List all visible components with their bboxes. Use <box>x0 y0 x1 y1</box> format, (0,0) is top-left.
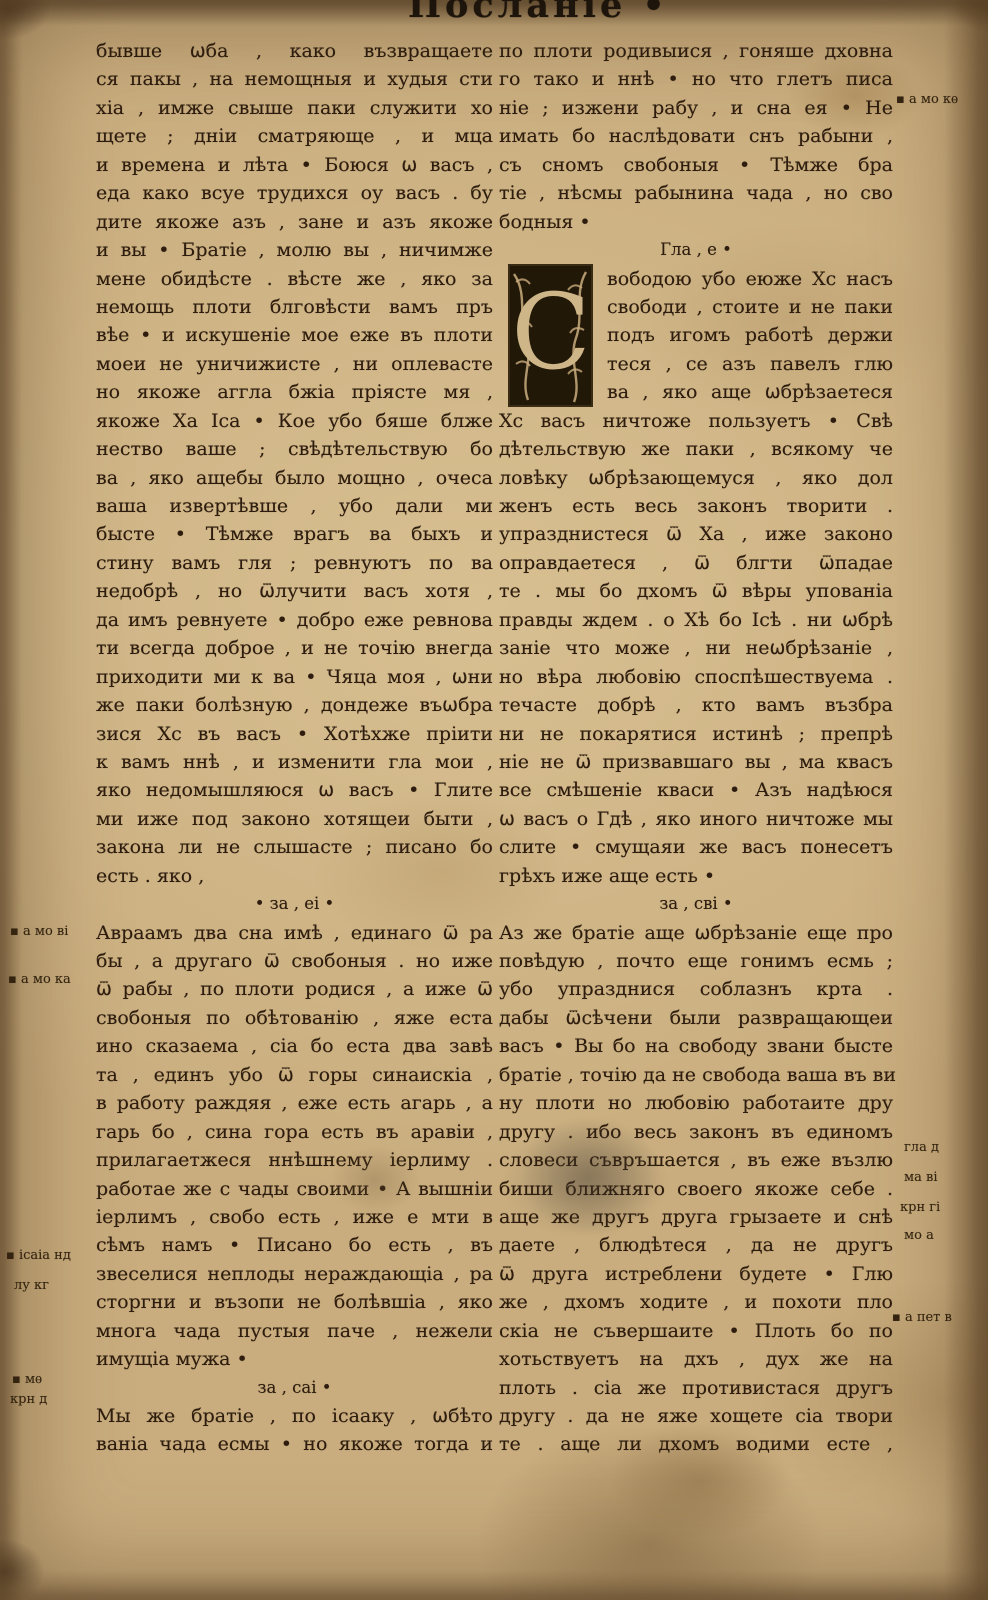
text-line: дите якоже азъ , зане и азъ якоже <box>96 208 493 236</box>
text-line: плоть . сіа же противистася другъ <box>499 1374 893 1402</box>
margin-note: ма ві <box>904 1170 937 1185</box>
text-line: и вы • Братіе , молю вы , ничимже <box>96 236 493 264</box>
text-line: ваніа чада есмы • но якоже тогда и <box>96 1430 493 1458</box>
text-line: словеси съвръшается , въ еже възлю <box>499 1146 893 1174</box>
drop-cap-glyph: С <box>511 271 591 393</box>
page-title: Посланїе • <box>408 0 669 26</box>
text-line: ну плоти но любовію работаите дру <box>499 1089 893 1117</box>
right-text-column: по плоти родивыися , гоняше дховнаго так… <box>499 37 893 1459</box>
text-line: но вѣра любовію споспѣшествуема . <box>499 663 893 691</box>
text-line: сѣмъ намъ • Писано бо есть , въ <box>96 1231 493 1259</box>
text-line: к вамъ ннѣ , и изменити гла мои , <box>96 748 493 776</box>
text-line: бывше ѡба , како възвращаете <box>96 37 493 65</box>
text-line: щете ; дніи сматряюще , и мца <box>96 122 493 150</box>
text-line: дѣтельствую же паки , всякому че <box>499 435 893 463</box>
text-line: течасте добрѣ , кто вамъ възбра <box>499 691 893 719</box>
margin-note: гла д <box>904 1140 939 1155</box>
text-line: многа чада пустыя паче , нежели <box>96 1317 493 1345</box>
margin-note: ▪ а мо ві <box>10 924 68 939</box>
text-line: гарь бо , сина гора есть въ аравіи , <box>96 1118 493 1146</box>
text-line: биши ближняго своего якоже себе . <box>499 1175 893 1203</box>
manuscript-page: Посланїе • бывше ѡба , како възвращаетес… <box>0 0 988 1600</box>
margin-note: крн гі <box>900 1200 940 1215</box>
text-line: да имъ ревнуете • добро еже ревнова <box>96 606 493 634</box>
text-line: васъ • Вы бо на свободу звани бысте <box>499 1032 893 1060</box>
text-line: другу . ибо весь законъ въ единомъ <box>499 1118 893 1146</box>
text-line: работае же с чады своими • А вышніи <box>96 1175 493 1203</box>
text-line: женъ есть весь законъ творити . <box>499 492 893 520</box>
text-line: бысте • Тѣмже врагъ ва быхъ и <box>96 520 493 548</box>
text-line: те . аще ли дхомъ водими есте , <box>499 1430 893 1458</box>
text-line: по плоти родивыися , гоняше дховна <box>499 37 893 65</box>
text-line: яко недомышляюся ѡ васъ • Глите <box>96 776 493 804</box>
text-line: Мы же братіе , по ісааку , ѡбѣто <box>96 1402 493 1430</box>
text-line: но якоже аггла бжіа пріясте мя , <box>96 378 493 406</box>
text-line: съ сномъ свобоныя • Тѣмже бра <box>499 151 893 179</box>
text-line: немощь плоти блговѣсти вамъ пръ <box>96 293 493 321</box>
margin-note: лу кг <box>14 1278 49 1293</box>
text-line: оправдаетеся , ѿ блгти ѿпадае <box>499 549 893 577</box>
text-line: стину вамъ гля ; ревнуютъ по ва <box>96 549 493 577</box>
text-line: другу . да не яже хощете сіа твори <box>499 1402 893 1430</box>
text-line: приходити ми к ва • Чяца моя , ѡни <box>96 663 493 691</box>
text-line: ѡ васъ о Гдѣ , яко иного ничтоже мы <box>499 805 893 833</box>
text-line: ти всегда доброе , и не точію внегда <box>96 634 493 662</box>
margin-note: ▪ ісаіа нд <box>6 1248 71 1263</box>
text-line: бы , а другаго ѿ свобоныя . но иже <box>96 947 493 975</box>
text-line: дабы ѿсѣчени были развращающеи <box>499 1004 893 1032</box>
text-line: вѣе • и искушеніе мое еже въ плоти <box>96 321 493 349</box>
text-line: свобоныя по обѣтованію , яже еста <box>96 1004 493 1032</box>
text-line: сторгни и възопи не болѣвшіа , яко <box>96 1288 493 1316</box>
text-line: бодныя • <box>499 208 893 236</box>
text-line: ва , яко ащебы было мощно , очеса <box>96 464 493 492</box>
text-line: же паки болѣзную , дондеже въѡбра <box>96 691 493 719</box>
text-line: мене обидѣсте . вѣсте же , яко за <box>96 265 493 293</box>
text-line: хіа , имже свыше паки служити хо <box>96 94 493 122</box>
text-line: заніе что може , ни неѡбрѣзаніе , <box>499 634 893 662</box>
text-line: имать бо наслѣдовати снъ рабыни , <box>499 122 893 150</box>
text-line: грѣхъ иже аще есть • <box>499 862 893 890</box>
text-line: слите • смущаяи же васъ понесетъ <box>499 833 893 861</box>
margin-note: ▪ мѳ <box>12 1372 42 1387</box>
text-line: тіе , нѣсмы рабынина чада , но сво <box>499 179 893 207</box>
margin-note: ▪ а пет в <box>892 1310 952 1325</box>
section-heading: Гла , е • <box>499 236 893 264</box>
text-line: есть . яко , <box>96 862 493 890</box>
text-line: имущіа мужа • <box>96 1345 493 1373</box>
text-line: та , единъ убо ѿ горы синаискіа , <box>96 1061 493 1089</box>
text-line: прилагаетжеся ннѣшнему іерлиму . <box>96 1146 493 1174</box>
text-line: ніе не ѿ призвавшаго вы , ма квасъ <box>499 748 893 776</box>
text-line: ни не покарятися истинѣ ; препрѣ <box>499 720 893 748</box>
text-line: нество ваше ; свѣдѣтельствую бо <box>96 435 493 463</box>
text-line: в работу раждяя , еже есть агарь , а <box>96 1089 493 1117</box>
text-line: ваша извертѣвше , убо дали ми <box>96 492 493 520</box>
margin-note: мо а <box>904 1228 934 1243</box>
text-line: все смѣшеніе кваси • Азъ надѣюся <box>499 776 893 804</box>
text-line: Аз же братіе аще ѡбрѣзаніе еще про <box>499 919 893 947</box>
text-line: якоже Ха Іса • Кое убо бяше блже <box>96 407 493 435</box>
text-line: правды ждем . о Хѣ бо Ісѣ . ни ѡбрѣ <box>499 606 893 634</box>
text-line: те . мы бо дхомъ ѿ вѣры упованіа <box>499 577 893 605</box>
text-line: ніе ; изжени рабу , и сна ея • Не <box>499 94 893 122</box>
margin-note: ▪ а мо кѳ <box>896 92 958 107</box>
text-line: ловѣку ѡбрѣзающемуся , яко дол <box>499 464 893 492</box>
text-line: аще же другъ друга грызаете и снѣ <box>499 1203 893 1231</box>
text-line: братіе , точію да не свобода ваша въ ви <box>499 1061 893 1089</box>
text-line: іерлимъ , свобо есть , иже е мти в <box>96 1203 493 1231</box>
text-line: закона ли не слышасте ; писано бо <box>96 833 493 861</box>
text-line: моеи не уничижисте , ни оплевасте <box>96 350 493 378</box>
text-line: ся пакы , на немощныя и худыя сти <box>96 65 493 93</box>
text-line: Авраамъ два сна имѣ , единаго ѿ ра <box>96 919 493 947</box>
text-line: недобрѣ , но ѿлучити васъ хотя , <box>96 577 493 605</box>
text-line: Хс васъ ничтоже пользуетъ • Свѣ <box>499 407 893 435</box>
section-heading: • за , еі • <box>96 890 493 918</box>
text-line: ѿ рабы , по плоти родися , а иже ѿ <box>96 975 493 1003</box>
text-line: же , дхомъ ходите , и похоти пло <box>499 1288 893 1316</box>
text-line: и времена и лѣта • Боюся ѡ васъ , <box>96 151 493 179</box>
section-heading: за , сві • <box>499 890 893 918</box>
margin-note: ▪ а мо ка <box>8 972 71 987</box>
margin-note: крн д <box>10 1392 47 1407</box>
text-line: зися Хс въ васъ • Хотѣхже пріити <box>96 720 493 748</box>
text-line: ѿ друга истреблени будете • Глю <box>499 1260 893 1288</box>
text-line: го тако и ннѣ • но что глетъ писа <box>499 65 893 93</box>
text-line: повѣдую , почто еще гонимъ есмь ; <box>499 947 893 975</box>
text-line: упразднистеся ѿ Ха , иже законо <box>499 520 893 548</box>
text-line: даете , блюдѣтеся , да не другъ <box>499 1231 893 1259</box>
section-heading: за , саі • <box>96 1374 493 1402</box>
text-line: скіа не съвершаите • Плоть бо по <box>499 1317 893 1345</box>
ornate-initial-letter: С <box>508 264 593 407</box>
text-line: ино сказаема , сіа бо еста два завѣ <box>96 1032 493 1060</box>
left-text-column: бывше ѡба , како възвращаетеся пакы , на… <box>96 37 493 1459</box>
text-line: ми иже под законо хотящеи быти , <box>96 805 493 833</box>
text-line: еда како всуе трудихся оу васъ . бу <box>96 179 493 207</box>
text-line: хотьствуетъ на дхъ , дух же на <box>499 1345 893 1373</box>
text-line: убо упразднися соблазнъ крта . <box>499 975 893 1003</box>
text-line: звеселися неплоды нераждающіа , ра <box>96 1260 493 1288</box>
